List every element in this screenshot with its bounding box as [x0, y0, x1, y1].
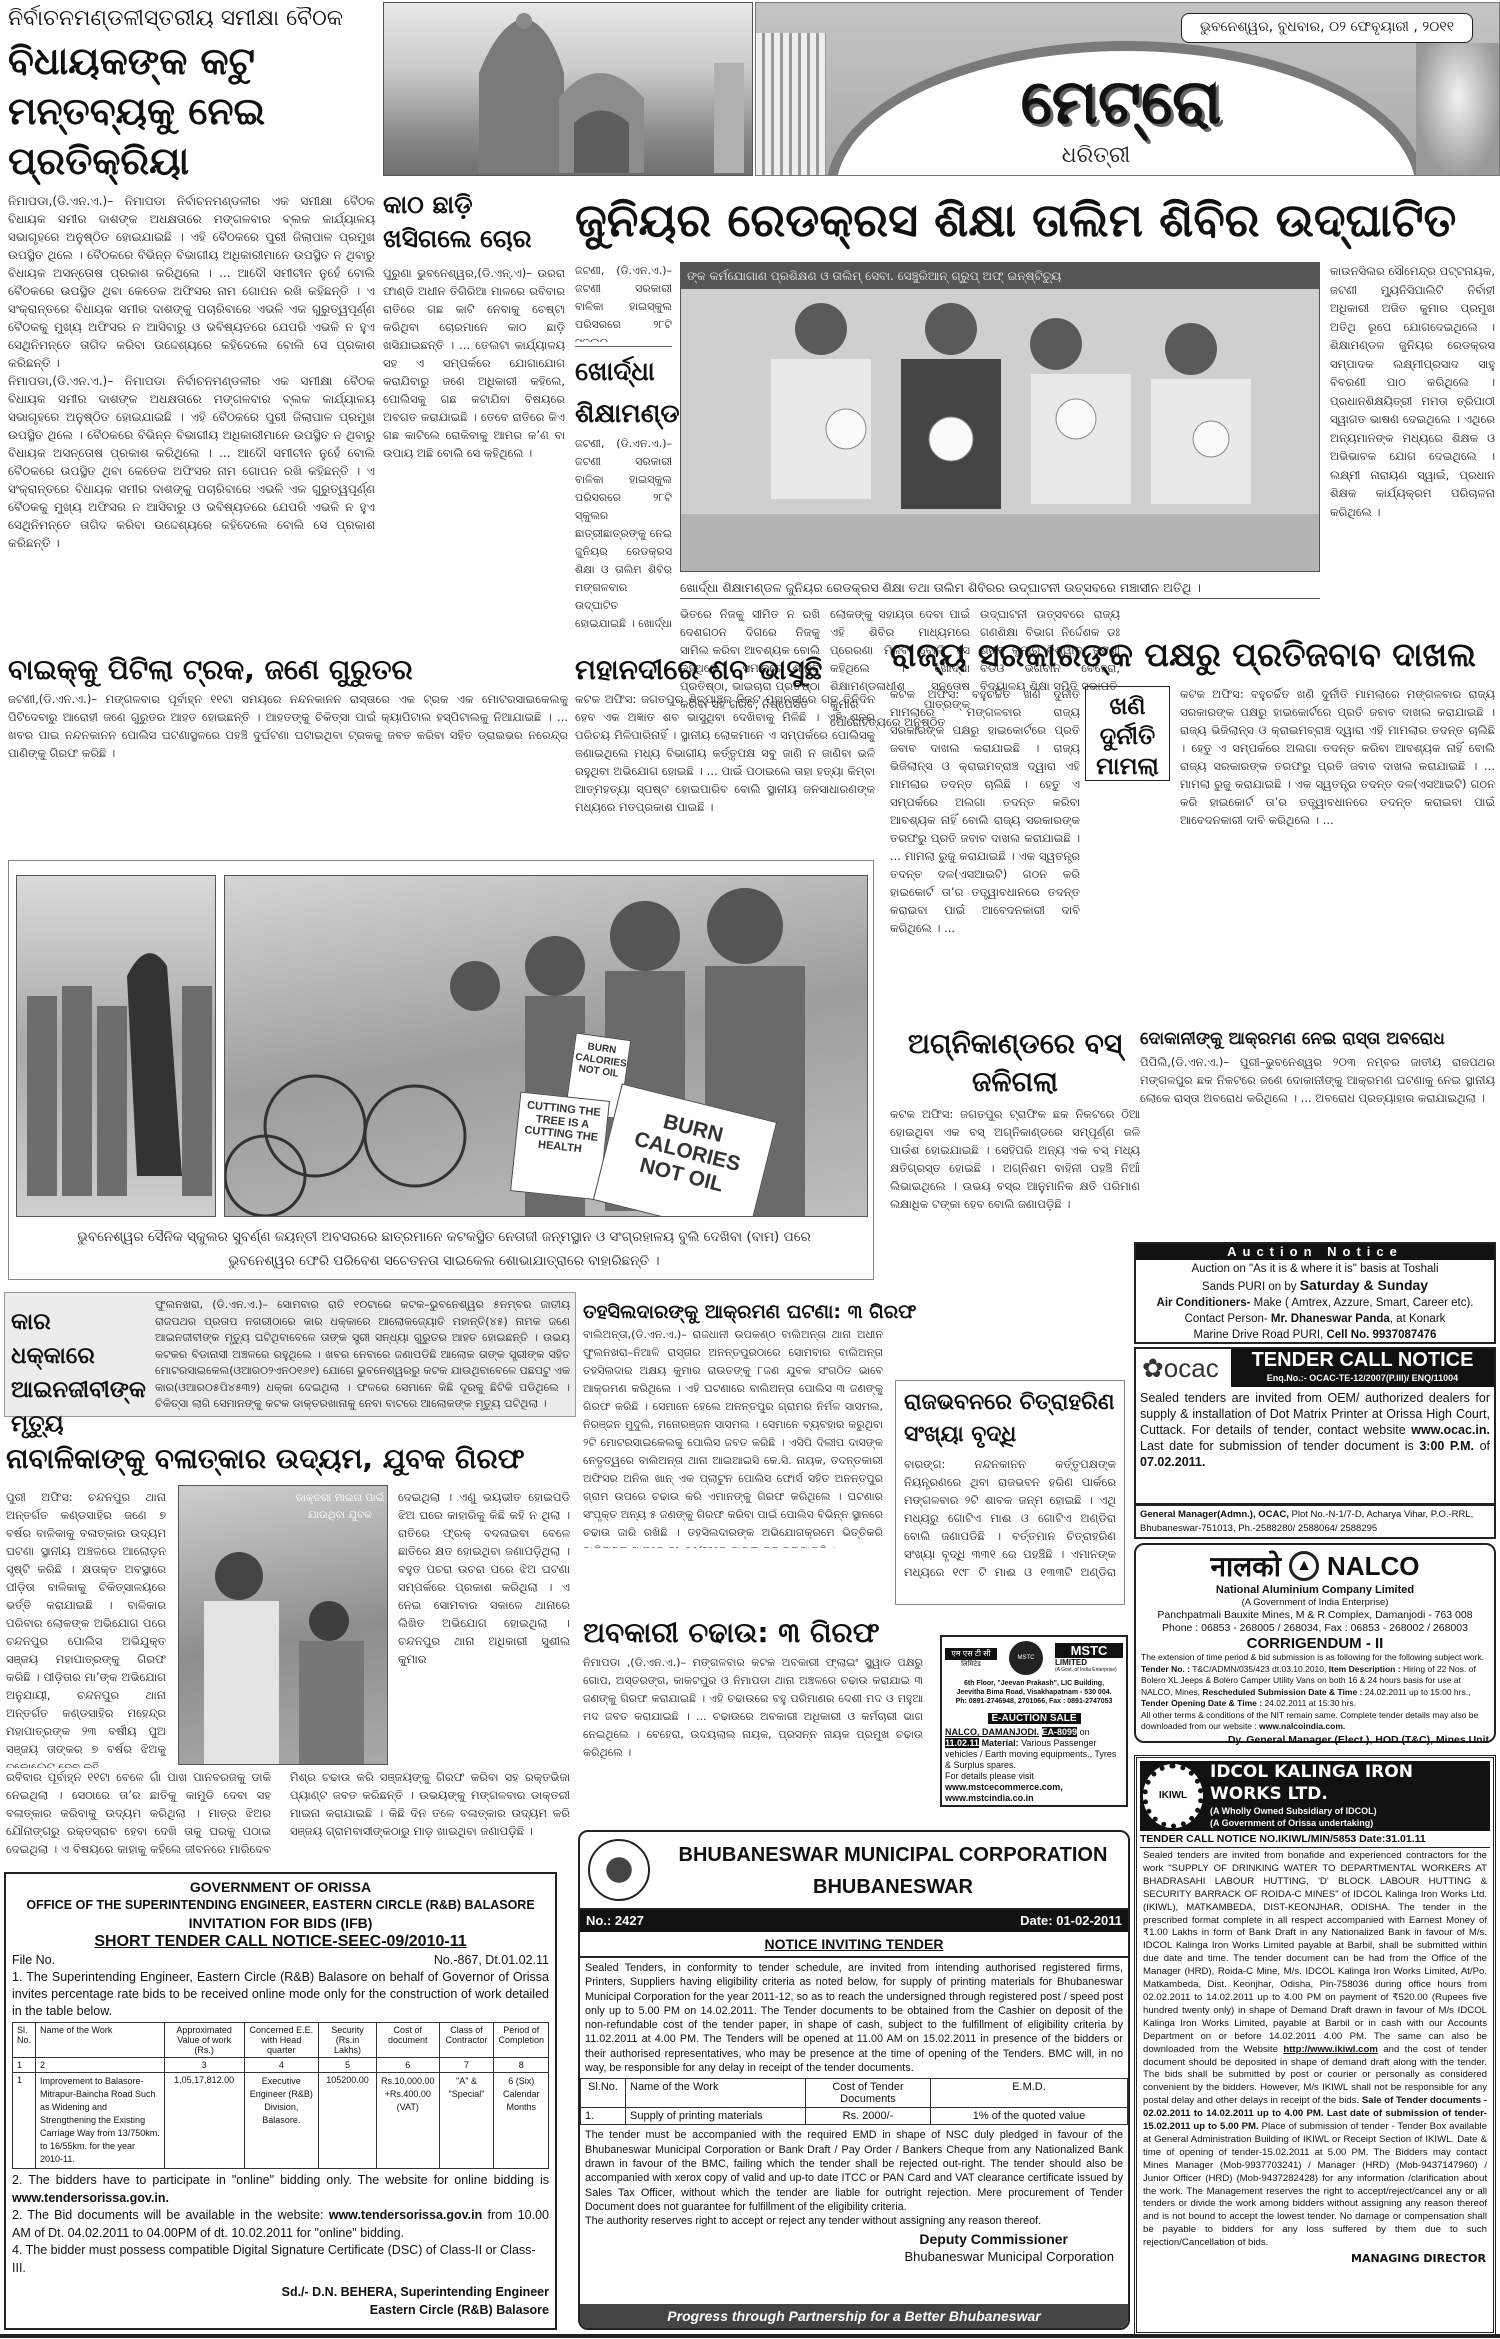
table-row: 1.Supply of printing materialsRs. 2000/-… — [581, 2108, 1128, 2125]
col-header: Name of the Work — [626, 2079, 806, 2108]
story-bike: ବାଇକ୍‌କୁ ପିଟିଲା ଟ୍ରକ, ଜଣେ ଗୁରୁତର ଜଟଣୀ,(ଡ… — [8, 650, 568, 830]
ad-bmc: BHUBANESWAR MUNICIPAL CORPORATION BHUBAN… — [578, 1830, 1130, 2330]
nalco-opening-label: Tender Opening Date & Time : — [1141, 1698, 1262, 1708]
ocac-body-mid: Last date for submission of tender docum… — [1140, 1439, 1414, 1453]
col-number: 7 — [439, 2058, 494, 2073]
auction-days: Saturday & Sunday — [1300, 1277, 1428, 1293]
auction-line1: Auction on "As it is & where it is" basi… — [1136, 1261, 1494, 1277]
masthead-title: ମେଟ୍ରୋ — [941, 65, 1301, 139]
divider — [575, 346, 672, 347]
idcol-sign: MANAGING DIRECTOR — [1140, 2252, 1490, 2265]
seec-para2: 2. The bidders have to participate in "o… — [12, 2173, 549, 2187]
col-number: 5 — [319, 2058, 377, 2073]
bmc-org: BHUBANESWAR MUNICIPAL CORPORATION — [658, 1838, 1128, 1872]
story-bidhayak: ନିର୍ବାଚନମଣ୍ଡଳୀସ୍ତରୀୟ ସମୀକ୍ଷା ବୈଠକ ବିଧାୟକ… — [8, 2, 375, 372]
story-body: ଫୁଲନଖରା, (ଡି.ଏନ.ଏ.)– ସୋମବାର ରାତି ୧୦ଟାରେ … — [155, 1297, 570, 1413]
story-chor: କାଠ ଛାଡ଼ି ଖସିଗଲେ ଚୋର ପୁରୁଣା ଭୁବନେଶ୍ୱର,(ଡ… — [383, 188, 565, 638]
mstc-logo-label: MSTC — [1018, 1655, 1035, 1661]
date-badge: ଭୁବନେଶ୍ୱର, ବୁଧବାର, ୦୨ ଫେବୃୟାରୀ , ୨୦୧୧ — [1181, 13, 1473, 43]
seec-website-link[interactable]: www.tendersorissa.gov.in. — [12, 2191, 169, 2205]
cell-doc-cost: Rs.10,000.00 +Rs.400.00 (VAT) — [376, 2073, 439, 2169]
rajya-inset-box: ଖଣି ଦୁର୍ନୀତି ମାମଲା — [1085, 686, 1170, 781]
nalco-tender-no: T&C/ADMN/035/423 dt.03.10.2010, — [1192, 1664, 1326, 1674]
idcol-body-1: Sealed tenders are invited from bonafide… — [1143, 1850, 1487, 2055]
col-header: Class of Contractor — [439, 2023, 494, 2058]
mstc-location: NALCO, DAMANJODI. — [945, 1727, 1039, 1737]
nalco-tender-label: Tender No. : — [1141, 1664, 1190, 1674]
story-mahanadi: ମହାନଦୀରେ ଶବ ଭାସୁଛି କଟକ ଅଫିସ: ଜଗତପୁର ଶିଳ୍… — [575, 650, 875, 830]
gear-icon: ✿ — [1142, 1353, 1164, 1383]
seec-line4: SHORT TENDER CALL NOTICE-SEEC-09/2010-11 — [12, 1932, 549, 1952]
ocac-website-link[interactable]: www.ocac.in. — [1411, 1423, 1490, 1437]
masthead-banner: ଭୁବନେଶ୍ୱର, ବୁଧବାର, ୦୨ ଫେବୃୟାରୀ , ୨୦୧୧ ମେ… — [755, 2, 1500, 176]
bmc-para3: The authority reserves right to accept o… — [580, 2214, 1128, 2228]
photo-feature-caption: ଭୁବନେଶ୍ୱର ସୈନିକ ସ୍କୁଲର ସୁବର୍ଣ୍ଣ ଜୟନ୍ତୀ ଅ… — [59, 1225, 829, 1273]
redcross-caption: ଖୋର୍ଦ୍ଧା ଶିକ୍ଷାମଣ୍ଡଳ ଜୁନିୟର ରେଡକ୍ରସ ଶିକ୍… — [680, 578, 1320, 599]
bmc-no: No.: 2427 — [586, 1910, 644, 1932]
seec-line1: GOVERNMENT OF ORISSA — [12, 1878, 549, 1896]
seec-file-no: No.-867, Dt.01.02.11 — [434, 1952, 549, 1969]
mstc-logo-icon: MSTC — [1009, 1641, 1043, 1675]
seec-para4: 4. The bidder must possess compatible Di… — [12, 2242, 549, 2277]
nalco-logo-icon: ▲ — [1289, 1551, 1319, 1581]
nalco-intro: The extension of time period & bid submi… — [1141, 1652, 1489, 1664]
nalco-opening: 24.02.2011 at 15:30 hrs. — [1264, 1698, 1356, 1708]
cadets-horse-illustration — [17, 876, 216, 1217]
mstc-date: 11.02.11 — [945, 1738, 979, 1748]
ocac-logo: ✿ocac — [1136, 1349, 1231, 1387]
nalco-resched-label: Rescheduled Submission Date & Time : — [1202, 1687, 1362, 1697]
nalco-item-label: Item Description : — [1329, 1664, 1401, 1674]
story-body: ଜଟଣୀ, (ଡି.ଏନ.ଏ.)–ଜଟଣୀ ସରକାରୀ ବାଳିକା ହାଇସ… — [575, 262, 672, 342]
masthead-building-left — [756, 33, 826, 176]
seec-para1: 1. The Superintending Engineer, Eastern … — [12, 1969, 549, 2020]
mstc-site-2[interactable]: www.mstcindia.co.in — [945, 1793, 1123, 1804]
masthead-temple-photo — [383, 2, 753, 176]
page-bottom-rule — [0, 2334, 1500, 2338]
cell-doc-cost: Rs. 2000/- — [806, 2108, 931, 2125]
auction-contact-label: Contact Person- — [1185, 1313, 1268, 1325]
story-headline: ବିଧାୟକଙ୍କ କଟୁ ମନ୍ତବ୍ୟକୁ ନେଇ ପ୍ରତିକ୍ରିୟା — [8, 36, 375, 186]
ad-nalco: नालको ▲ NALCO National Aluminium Company… — [1134, 1543, 1496, 1743]
col-header: Sl.No. — [581, 2079, 626, 2108]
auction-contact-place: , at Konark — [1390, 1313, 1446, 1325]
mstc-ea-no: EA-8099 — [1042, 1727, 1078, 1737]
nalco-govt: (A Government of India Enterprise) — [1141, 1597, 1489, 1609]
dateline: ଭୁବନେଶ୍ୱର, ବୁଧବାର, ୦୨ ଫେବୃୟାରୀ , ୨୦୧୧ — [1200, 19, 1454, 35]
nalco-full-name: National Aluminium Company Limited — [1141, 1584, 1489, 1597]
ad-mstc: एम एस टी सी लिमिटेड MSTC MSTC LIMITED (A… — [940, 1635, 1128, 1807]
ad-idcol: IKIWL IDCOL KALINGA IRON WORKS LTD. (A W… — [1134, 1755, 1496, 2335]
bmc-para2: The tender must be accompanied with the … — [580, 2125, 1128, 2214]
ocac-enq: Enq.No.:- OCAC-TE-12/2007(P.III)/ ENQ/11… — [1231, 1371, 1494, 1385]
mstc-on: on — [1080, 1727, 1090, 1737]
ocac-logo-text: ocac — [1164, 1353, 1219, 1383]
accused-youth-illustration — [179, 1486, 388, 1765]
ocac-time: 3:00 P.M. — [1419, 1439, 1474, 1453]
cell-security: 105200.00 — [319, 2073, 377, 2169]
ocac-date: 07.02.2011. — [1140, 1455, 1205, 1469]
idcol-body-3: Place of submission of tender - Tender B… — [1143, 2121, 1487, 2248]
nabalika-bottom-left: ରବିବାର ପୂର୍ବାହ୍ନ ୧୧ଟା ବେଳେ ଗାଁ ପାଖ ପାନବର… — [6, 1768, 271, 1858]
cell-emd: 1% of the quoted value — [931, 2108, 1128, 2125]
seec-file-no-label: File No. — [12, 1952, 55, 1969]
ikiwl-logo-text: IKIWL — [1159, 1790, 1187, 1801]
auction-make: Make ( Amtrex, Azzure, Smart, Career etc… — [1254, 1297, 1474, 1309]
ocac-footer-label: General Manager(Admn.), OCAC, — [1140, 1509, 1289, 1520]
seec-tender-table: Sl. No. Name of the Work Approximated Va… — [12, 2022, 549, 2169]
seec-sign-1: Sd./- D.N. BEHERA, Superintending Engine… — [12, 2283, 549, 2301]
story-body: ଜଟଣୀ,(ଡି.ଏନ.ଏ.)– ମଙ୍ଗଳବାର ପୂର୍ବାହ୍ନ ୧୧ଟା… — [8, 690, 568, 825]
auction-item: Air Conditioners- — [1157, 1297, 1251, 1309]
col-number: 3 — [164, 2058, 244, 2073]
guests-illustration — [681, 289, 1320, 572]
seec-line3: INVITATION FOR BIDS (IFB) — [12, 1914, 549, 1932]
nabalika-headline: ନାବାଳିକାଙ୍କୁ ବଳାତ୍କାର ଉଦ୍ୟମ, ଯୁବକ ଗିରଫ — [6, 1438, 576, 1480]
table-header-row: Sl. No. Name of the Work Approximated Va… — [13, 2023, 549, 2058]
rajya-body-left: କଟକ ଅଫିସ: ବହୁଚର୍ଚ୍ଚିତ ଖଣି ଦୁର୍ନୀତି ମାମଲା… — [890, 685, 1080, 1025]
cell-sl-no: 1. — [581, 2108, 626, 2125]
story-headline: କାର ଧକ୍କାରେ ଆଇନଜୀବୀଙ୍କ ମୃତ୍ୟୁ — [11, 1305, 141, 1441]
mstc-phone: Ph: 0891-2746948, 2701066, Fax : 0891-27… — [942, 1697, 1126, 1706]
auction-contact-name: Mr. Dhaneswar Panda — [1271, 1313, 1390, 1325]
story-rajbhavan-box: ରାଜଭବନରେ ଚିତ୍ରାହରିଣ ସଂଖ୍ୟା ବୃଦ୍ଧି ବାରଙ୍ଗ… — [895, 1380, 1125, 1605]
mstc-limited: LIMITED — [1055, 1658, 1123, 1667]
mstc-details: For details please visit — [945, 1771, 1123, 1782]
cycle-rally-photo: BURN CALORIES NOT OIL CUTTING THE TREE I… — [224, 875, 868, 1217]
horse-photo — [16, 875, 216, 1217]
bmc-emblem-icon — [588, 1839, 650, 1901]
seec-para3: 2. The Bid documents will be available i… — [12, 2208, 324, 2222]
seec-line2: OFFICE OF THE SUPERINTENDING ENGINEER, E… — [12, 1896, 549, 1914]
auction-cell: Cell No. 9937087476 — [1326, 1329, 1436, 1341]
seec-sign-2: Eastern Circle (R&B) Balasore — [12, 2301, 549, 2319]
story-body: ପିପିଲି,(ଡି.ଏନ.ଏ.)– ପୁରୀ–ଭୁବନେଶ୍ୱର ୨୦୩ ନମ… — [1140, 1053, 1495, 1213]
cell-class: "A" & "Special" — [439, 2073, 494, 2169]
redcross-headline: ଜୁନିୟର ରେଡକ୍ରସ ଶିକ୍ଷା ତାଲିମ ଶିବିର ଉଦ୍‌ଘା… — [575, 190, 1500, 250]
col-number: 8 — [494, 2058, 549, 2073]
photo-feature-box: BURN CALORIES NOT OIL CUTTING THE TREE I… — [8, 860, 874, 1280]
story-headline: ତହସିଲଦାରଙ୍କୁ ଆକ୍ରମଣ ଘଟଣା: ୩ ଗିରଫ — [583, 1298, 883, 1326]
redcross-photo: ଙ୍କ କର୍ମଯୋଗାଣ ପ୍ରଶିକ୍ଷଣ ଓ ତାଲିମ୍ ସେବା. ସ… — [680, 262, 1320, 572]
auction-title: Auction Notice — [1136, 1244, 1494, 1260]
story-headline: ଅବକାରୀ ଚଢାଉ: ୩ ଗିରଫ — [583, 1612, 923, 1654]
auction-address: Marine Drive Road PURI, — [1194, 1329, 1324, 1341]
mstc-sale-title: E-AUCTION SALE — [988, 1713, 1081, 1724]
story-fire: ଅଗ୍ନିକାଣ୍ଡରେ ବସ୍ ଜଳିଗଲା କଟକ ଅଫିସ: ଜଗତପୁର… — [890, 1025, 1140, 1240]
col-number: 1 — [13, 2058, 36, 2073]
rajya-headline: ରାଜ୍ୟ ସରକାରଙ୍କ ପକ୍ଷରୁ ପ୍ରତିଜବାବ ଦାଖଲ — [890, 630, 1500, 680]
cell-ee: Executive Engineer (R&B) Division, Balas… — [244, 2073, 319, 2169]
idcol-website-link[interactable]: http://www.ikiwl.com — [1283, 2044, 1378, 2055]
banner-text: ଙ୍କ କର୍ମଯୋଗାଣ ପ୍ରଶିକ୍ଷଣ ଓ ତାଲିମ୍ ସେବା. ସ… — [687, 269, 1061, 283]
ocac-of: of — [1480, 1439, 1490, 1453]
sign-cutting-tree: CUTTING THE TREE IS A CUTTING THE HEALTH — [510, 1092, 610, 1201]
col-header: Sl. No. — [13, 2023, 36, 2058]
story-body: ବାରଙ୍ଗ: ନନ୍ଦନକାନନ କର୍ତ୍ତୃପକ୍ଷଙ୍କ ନିୟନ୍ତ୍… — [904, 1455, 1116, 1580]
story-body: କଟକ ଅଫିସ: ଜଗତପୁର ଟ୍ରାଫିକ ଛକ ନିକଟରେ ଠିଆ ହ… — [890, 1105, 1140, 1235]
seec-website-link-2[interactable]: www.tendersorissa.gov.in — [329, 2208, 483, 2222]
masthead-subtitle: ଧରିତ୍ରୀ — [1036, 143, 1156, 168]
story-abakari: ଅବକାରୀ ଚଢାଉ: ୩ ଗିରଫ ନିମାପଡା ,(ଡି.ଏନ.ଏ.)–… — [583, 1612, 923, 1817]
nalco-hindi: नालको — [1211, 1547, 1282, 1585]
redcross-col1-body: ଜଟଣୀ, (ଡି.ଏନ.ଏ.)–ଜଟଣୀ ସରକାରୀ ବାଳିକା ହାଇସ… — [575, 435, 672, 635]
nalco-website-link[interactable]: www.nalcoindia.com. — [1259, 1721, 1345, 1731]
ad-seec: GOVERNMENT OF ORISSA OFFICE OF THE SUPER… — [4, 1872, 557, 2330]
mstc-address-1: 6th Floor, "Jeevan Prakash", LIC Buildin… — [942, 1679, 1126, 1688]
bmc-tender-table: Sl.No.Name of the WorkCost of Tender Doc… — [580, 2078, 1128, 2125]
story-headline: ବାଇକ୍‌କୁ ପିଟିଲା ଟ୍ରକ, ଜଣେ ଗୁରୁତର — [8, 650, 568, 690]
table-number-row: 1 2 3 4 5 6 7 8 — [13, 2058, 549, 2073]
cell-period: 6 (Six) Calendar Months — [494, 2073, 549, 2169]
col-number: 2 — [36, 2058, 165, 2073]
temple-illustration — [384, 3, 753, 176]
col-header: Concerned E.E. with Head quarter — [244, 2023, 319, 2058]
col-header: Cost of Tender Documents — [806, 2079, 931, 2108]
nalco-resched: 24.02.2011 up to 15:00 hrs., — [1365, 1687, 1471, 1697]
nalco-name: NALCO — [1327, 1551, 1419, 1582]
col-number: 4 — [244, 2058, 319, 2073]
mstc-govt: (A Govt. of India Enterprise) — [1055, 1667, 1123, 1673]
story-headline: ରାଜଭବନରେ ଚିତ୍ରାହରିଣ ସଂଖ୍ୟା ବୃଦ୍ଧି — [904, 1387, 1116, 1451]
photo-label: ଡାକ୍ତରୀ ମାଇନା ପାଇଁ ଯାଉଥିବା ଯୁବକ — [294, 1490, 386, 1524]
cell-sl-no: 1 — [13, 2073, 36, 2169]
mstc-hindi: एम एस टी सी — [945, 1648, 997, 1660]
auction-line2: Sands PURI on by — [1202, 1281, 1297, 1293]
bmc-city: BHUBANESWAR — [658, 1872, 1128, 1902]
mstc-site-1[interactable]: www.mstcecommerce.com, — [945, 1782, 1123, 1793]
story-tahasildar: ତହସିଲଦାରଙ୍କୁ ଆକ୍ରମଣ ଘଟଣା: ୩ ଗିରଫ ବାଲିଅନ୍… — [583, 1298, 883, 1558]
story-body: ପୁରୁଣା ଭୁବନେଶ୍ୱର,(ଡି.ଏନ୍.ଏ)– ଉରରା ଫାଣ୍ଡି… — [383, 264, 565, 644]
story-body-continued: ନିମାପଡା,(ଡି.ଏନ.ଏ.)– ନିମାପଡା ନିର୍ବାଚନମଣ୍ଡ… — [8, 374, 375, 550]
story-headline: ଅଗ୍ନିକାଣ୍ଡରେ ବସ୍ ଜଳିଗଲା — [890, 1025, 1140, 1101]
cell-work-name: Improvement to Balasore-Mitrapur-Baincha… — [36, 2073, 165, 2169]
story-body: ବାଲିଅନ୍ତା,(ଡି.ଏନ.ଏ.)– ରାଜଧାନୀ ଉପକଣ୍ଠ ବାଲ… — [583, 1326, 883, 1548]
cell-work-name: Supply of printing materials — [626, 2108, 806, 2125]
col-header: Approximated Value of work (Rs.) — [164, 2023, 244, 2058]
table-header-row: Sl.No.Name of the WorkCost of Tender Doc… — [581, 2079, 1128, 2108]
rajya-body-right: କଟକ ଅଫିସ: ବହୁଚର୍ଚ୍ଚିତ ଖଣି ଦୁର୍ନୀତି ମାମଲା… — [1180, 685, 1495, 1025]
mstc-address-2: Jeevitha Bima Road, Visakhapatnam - 530 … — [942, 1688, 1126, 1697]
ad-auction-notice: Auction Notice Auction on "As it is & wh… — [1134, 1242, 1496, 1344]
mstc-name: MSTC — [1055, 1643, 1123, 1658]
story-body: ନିମାପଡା ,(ଡି.ଏନ.ଏ.)– ମଙ୍ଗଳବାର କଟକ ଅବକାରୀ… — [583, 1654, 923, 1809]
ocac-title: TENDER CALL NOTICE — [1231, 1349, 1494, 1371]
cell-value: 1,05,17,812.00 — [164, 2073, 244, 2169]
story-car-box: କାର ଧକ୍କାରେ ଆଇନଜୀବୀଙ୍କ ମୃତ୍ୟୁ ଫୁଲନଖରା, (… — [4, 1292, 576, 1417]
redcross-col5: କାଉନସିଲର ସୌମେନ୍ଦ୍ର ପଟ୍ଟନାୟକ, ଜଟଣୀ ମ୍ୟୁନି… — [1330, 262, 1495, 627]
mstc-material-label: Material: — [982, 1738, 1019, 1748]
bmc-slogan: Progress through Partnership for a Bette… — [580, 2304, 1128, 2328]
table-row: 1 Improvement to Balasore-Mitrapur-Bainc… — [13, 2073, 549, 2169]
col-number: 6 — [376, 2058, 439, 2073]
nalco-corrigendum: CORRIGENDUM - II — [1141, 1635, 1489, 1652]
photo-banner: ଙ୍କ କର୍ମଯୋଗାଣ ପ୍ରଶିକ୍ଷଣ ଓ ତାଲିମ୍ ସେବା. ସ… — [681, 263, 1320, 289]
col-header: Security (Rs.in Lakhs) — [319, 2023, 377, 2058]
story-body: କଟକ ଅଫିସ: ଜଗତପୁର ଶିଳ୍ପାଞ୍ଚଳ ନିକଟ ମହାନଦୀର… — [575, 690, 875, 825]
idcol-sub2: (A Government of Orissa undertaking) — [1210, 1817, 1490, 1829]
ocac-footer: General Manager(Admn.), OCAC, Plot No.-N… — [1134, 1505, 1496, 1539]
col-header: E.M.D. — [931, 2079, 1128, 2108]
col-header: Period of Completion — [494, 2023, 549, 2058]
bmc-sign-1: Deputy Commissioner — [580, 2230, 1128, 2248]
col-header: Name of the Work — [36, 2023, 165, 2058]
story-headline: ମହାନଦୀରେ ଶବ ଭାସୁଛି — [575, 650, 875, 690]
inset-text: ଖଣି ଦୁର୍ନୀତି ମାମଲା — [1096, 692, 1159, 780]
nabalika-col2: ଦେଇଥିଲା । ଏଣୁ ଭୟଭୀତ ହୋଇପଡି ଝିଅ ଘରେ କାହାର… — [398, 1488, 570, 1768]
story-headline: ଦୋକାନୀଙ୍କୁ ଆକ୍ରମଣ ନେଇ ରାସ୍ତା ଅବରୋଧ — [1140, 1025, 1495, 1053]
story-kicker: ନିର୍ବାଚନମଣ୍ଡଳୀସ୍ତରୀୟ ସମୀକ୍ଷା ବୈଠକ — [8, 2, 375, 36]
mstc-hindi-limited: लिमिटेड — [945, 1660, 997, 1669]
ikiwl-logo: IKIWL — [1143, 1764, 1203, 1828]
col-header: Cost of document — [376, 2023, 439, 2058]
nalco-address: Panchpatmali Bauxite Mines, M & R Comple… — [1141, 1609, 1489, 1622]
nalco-phone: Phone : 06853 - 268005 / 268034, Fax : 0… — [1141, 1622, 1489, 1635]
bmc-para1: Sealed Tenders, in conformity to tender … — [580, 1958, 1128, 2078]
bmc-title: NOTICE INVITING TENDER — [580, 1932, 1128, 1958]
story-dokan: ଦୋକାନୀଙ୍କୁ ଆକ୍ରମଣ ନେଇ ରାସ୍ତା ଅବରୋଧ ପିପିଲ… — [1140, 1025, 1495, 1225]
nabalika-bottom-right: ମିଶ୍ର ଚଢାଉ କରି ସଞ୍ଜୟଙ୍କୁ ଗିରଫ କରିବା ସହ ର… — [290, 1768, 570, 1858]
idcol-name: IDCOL KALINGA IRON WORKS LTD. — [1210, 1761, 1490, 1805]
story-bidhayak-continued: ନିମାପଡା,(ଡି.ଏନ.ଏ.)– ନିମାପଡା ନିର୍ବାଚନମଣ୍ଡ… — [8, 372, 375, 588]
idcol-sub1: (A Wholly Owned Subsidiary of IDCOL) — [1210, 1805, 1490, 1817]
bmc-date: Date: 01-02-2011 — [1020, 1910, 1122, 1932]
nabalika-col1: ପୁରୀ ଅଫିସ: ଚନ୍ଦନପୁର ଥାନା ଅନ୍ତର୍ଗତ କଣ୍ଡସା… — [6, 1488, 166, 1768]
ad-ocac: ✿ocac TENDER CALL NOTICE Enq.No.:- OCAC-… — [1134, 1347, 1496, 1505]
nalco-sign: Dy. General Manager (Elect.), HOD (T&C),… — [1141, 1733, 1489, 1747]
story-headline: କାଠ ଛାଡ଼ି ଖସିଗଲେ ଚୋର — [383, 188, 565, 256]
bmc-sign-2: Bhubaneswar Municipal Corporation — [580, 2248, 1128, 2265]
masthead-dome-right — [1416, 43, 1500, 176]
nabalika-photo: ଡାକ୍ତରୀ ମାଇନା ପାଇଁ ଯାଉଥିବା ଯୁବକ — [178, 1485, 388, 1765]
